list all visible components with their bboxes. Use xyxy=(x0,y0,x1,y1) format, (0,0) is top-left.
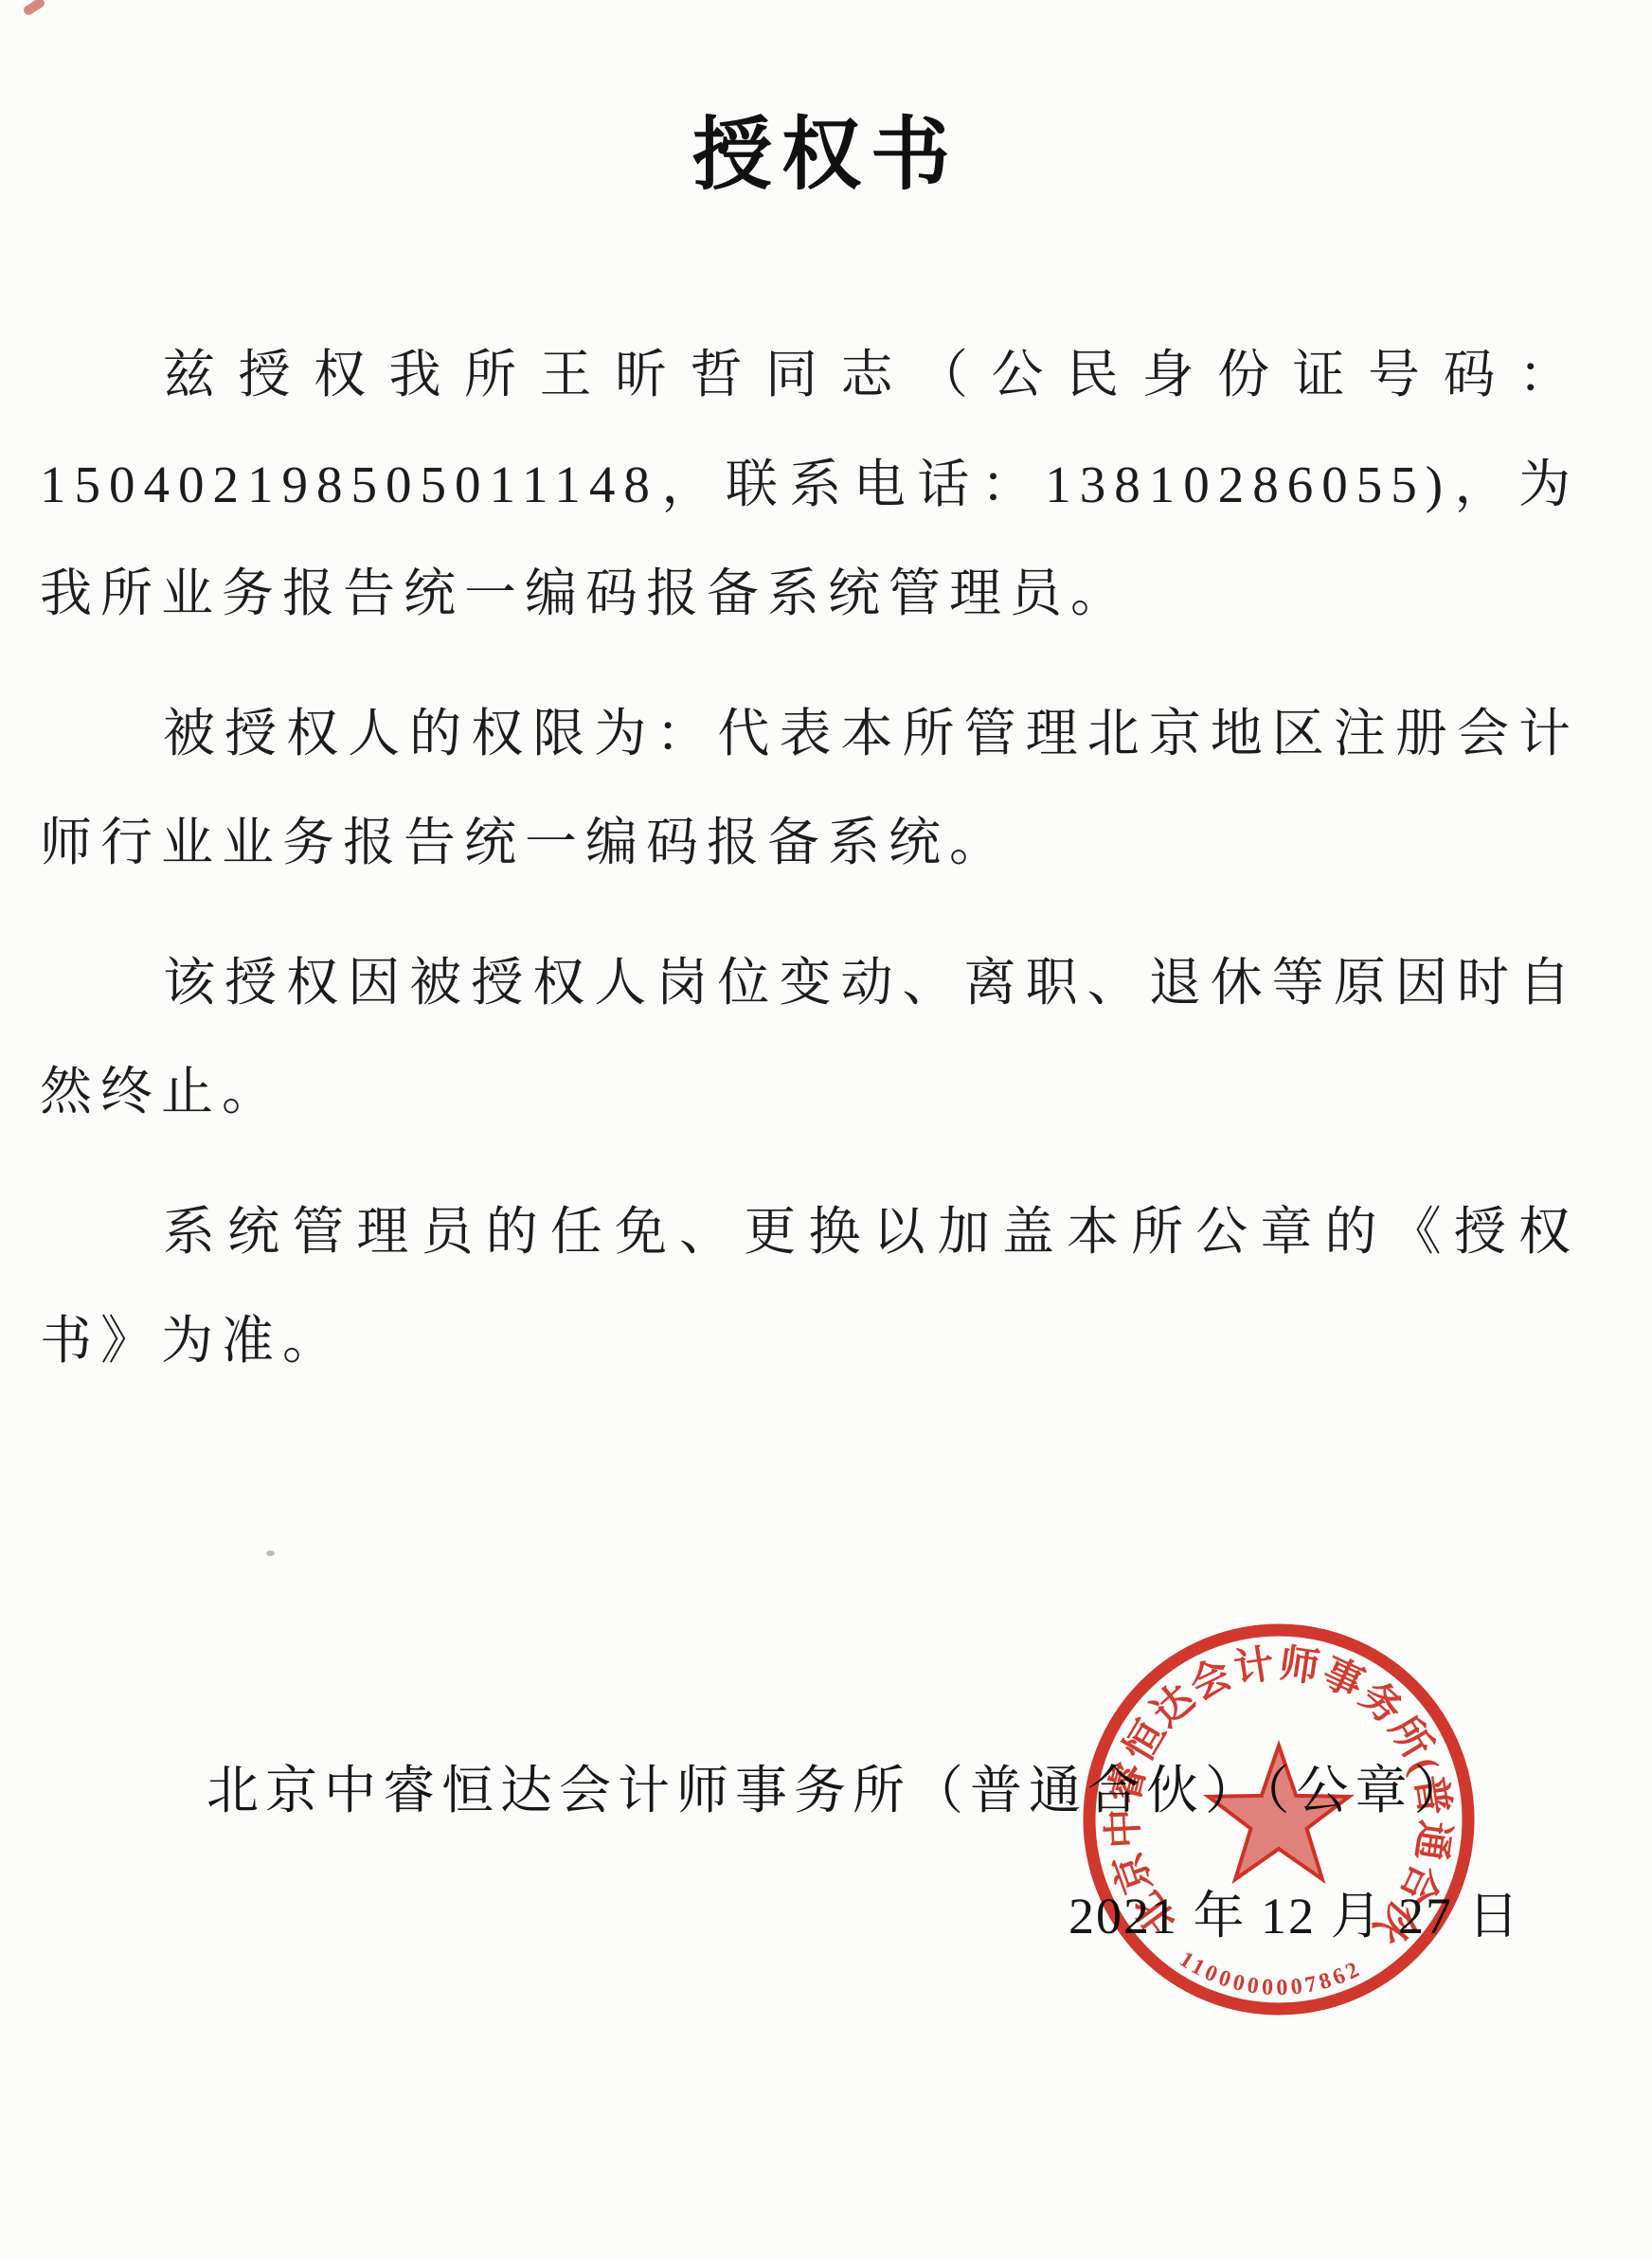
paragraph-permissions: 被授权人的权限为：代表本所管理北京地区注册会计师行业业务报告统一编码报备系统。 xyxy=(40,679,1579,898)
seal-ring-text: 北京中睿恒达会计师事务所(普通合伙) xyxy=(1070,1611,1457,1953)
svg-text:北京中睿恒达会计师事务所(普通合伙): 北京中睿恒达会计师事务所(普通合伙) xyxy=(1070,1611,1457,1953)
star-icon xyxy=(1209,1746,1349,1879)
document-body: 兹授权我所王昕哲同志（公民身份证号码：150402198505011148，联系… xyxy=(40,320,1579,1426)
document-title: 授权书 xyxy=(0,91,1652,206)
official-seal: 北京中睿恒达会计师事务所(普通合伙) 1100000007862 xyxy=(1070,1611,1487,2028)
document-page: 授权书 兹授权我所王昕哲同志（公民身份证号码：15040219850501114… xyxy=(0,0,1652,2258)
scan-artifact-mark xyxy=(22,0,46,17)
paragraph-authorization: 兹授权我所王昕哲同志（公民身份证号码：150402198505011148，联系… xyxy=(40,320,1579,649)
scan-artifact-dot xyxy=(266,1550,275,1556)
paragraph-termination: 该授权因被授权人岗位变动、离职、退休等原因时自然终止。 xyxy=(40,928,1579,1147)
paragraph-appointment: 系统管理员的任免、更换以加盖本所公章的《授权书》为准。 xyxy=(40,1177,1579,1396)
